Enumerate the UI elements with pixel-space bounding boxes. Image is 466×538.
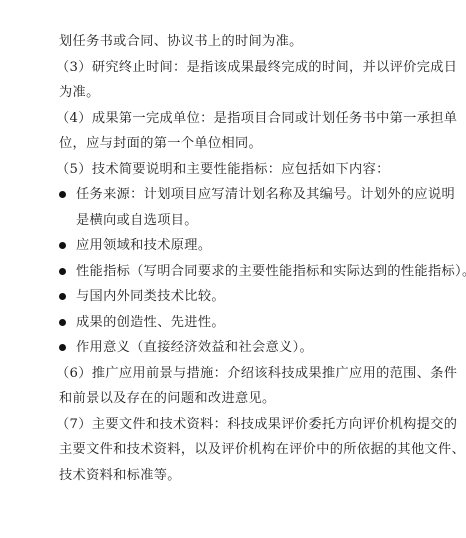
numbered-item-5: （5）技术简要说明和主要性能指标：应包括如下内容： bbox=[56, 157, 395, 183]
bullet-icon bbox=[59, 242, 66, 249]
paragraph-line: 主要文件和技术资料，以及评价机构在评价中的所依据的其他文件、 bbox=[59, 437, 395, 463]
document-page: 划任务书或合同、协议书上的时间为准。 （3）研究终止时间：是指该成果最终完成的时… bbox=[59, 29, 395, 488]
bullet-text: 任务来源：计划项目应写清计划名称及其编号。计划外的应说明 bbox=[76, 187, 455, 202]
bullet-icon bbox=[59, 293, 66, 300]
bullet-item-task-source: 任务来源：计划项目应写清计划名称及其编号。计划外的应说明 bbox=[59, 182, 395, 208]
bullet-text: 性能指标（写明合同要求的主要性能指标和实际达到的性能指标）。 bbox=[76, 264, 466, 279]
bullet-text: 作用意义（直接经济效益和社会意义）。 bbox=[76, 340, 313, 355]
bullet-continuation: 是横向或自选项目。 bbox=[59, 208, 395, 234]
bullet-text: 成果的创造性、先进性。 bbox=[76, 315, 225, 330]
bullet-text: 应用领域和技术原理。 bbox=[76, 238, 211, 253]
paragraph-line: 和前景以及存在的问题和改进意见。 bbox=[59, 386, 395, 412]
paragraph-line: 为准。 bbox=[59, 80, 395, 106]
paragraph-line: 技术资料和标准等。 bbox=[59, 463, 395, 489]
bullet-icon bbox=[59, 319, 66, 326]
bullet-text: 与国内外同类技术比较。 bbox=[76, 289, 225, 304]
numbered-item-4: （4）成果第一完成单位：是指项目合同或计划任务书中第一承担单 bbox=[56, 106, 395, 132]
bullet-item-significance: 作用意义（直接经济效益和社会意义）。 bbox=[59, 335, 395, 361]
bullet-item-comparison: 与国内外同类技术比较。 bbox=[59, 284, 395, 310]
paragraph-line: 划任务书或合同、协议书上的时间为准。 bbox=[59, 29, 395, 55]
numbered-item-6: （6）推广应用前景与措施：介绍该科技成果推广应用的范围、条件 bbox=[56, 361, 395, 387]
bullet-icon bbox=[59, 191, 66, 198]
bullet-item-performance: 性能指标（写明合同要求的主要性能指标和实际达到的性能指标）。 bbox=[59, 259, 395, 285]
bullet-icon bbox=[59, 344, 66, 351]
numbered-item-3: （3）研究终止时间：是指该成果最终完成的时间，并以评价完成日 bbox=[56, 55, 395, 81]
numbered-item-7: （7）主要文件和技术资料：科技成果评价委托方向评价机构提交的 bbox=[56, 412, 395, 438]
bullet-icon bbox=[59, 268, 66, 275]
paragraph-line: 位，应与封面的第一个单位相同。 bbox=[59, 131, 395, 157]
bullet-item-creativity: 成果的创造性、先进性。 bbox=[59, 310, 395, 336]
bullet-item-application: 应用领域和技术原理。 bbox=[59, 233, 395, 259]
